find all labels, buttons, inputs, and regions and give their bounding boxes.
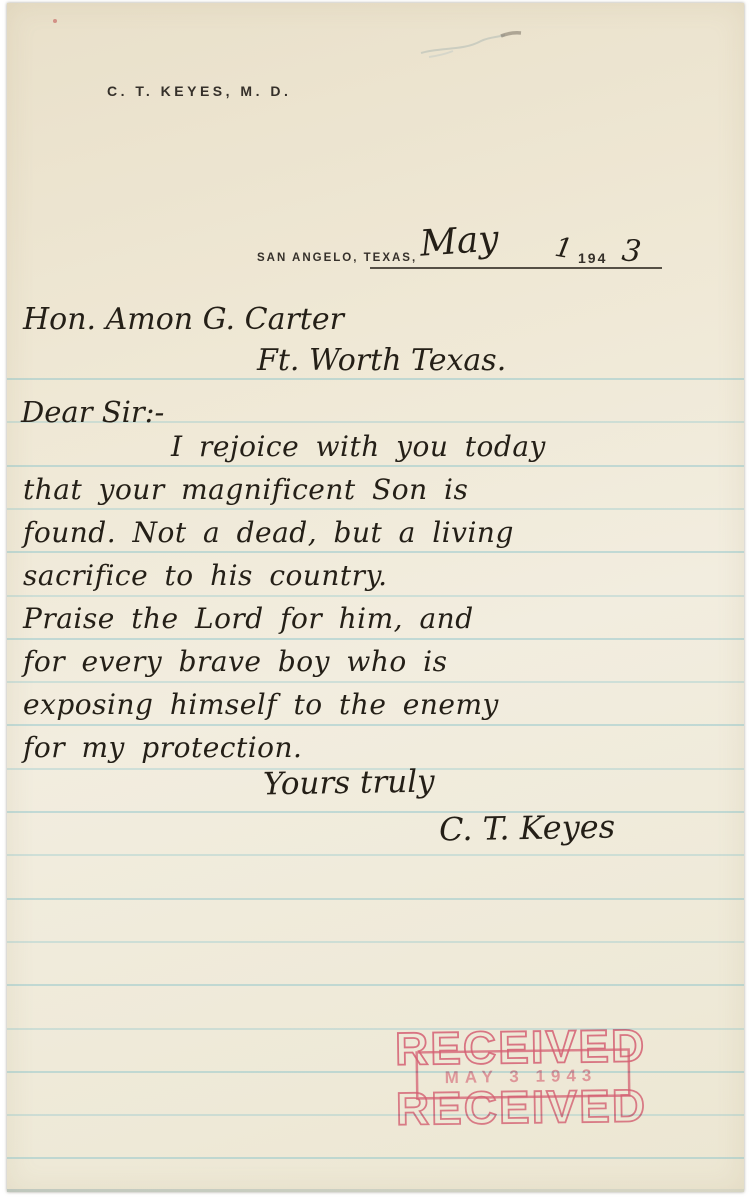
stamp-word-bottom: RECEIVED xyxy=(395,1079,647,1133)
printed-year-prefix: 194 xyxy=(578,250,607,266)
closing: Yours truly xyxy=(263,764,435,803)
pencil-smudge-artifact xyxy=(415,21,535,65)
dateline-place: SAN ANGELO, TEXAS, xyxy=(257,252,417,264)
ruled-line xyxy=(7,898,744,900)
letterhead-name: C. T. KEYES, M. D. xyxy=(107,83,291,99)
paper-bottom-edge xyxy=(7,1189,744,1192)
body-line: Praise the Lord for him, and xyxy=(23,597,735,640)
red-dot-artifact xyxy=(53,19,57,23)
handwritten-year-digit: 3 xyxy=(620,233,643,270)
letter-paper: C. T. KEYES, M. D. SAN ANGELO, TEXAS, Ma… xyxy=(7,3,744,1192)
signature: C. T. Keyes xyxy=(439,807,616,848)
ruled-line xyxy=(7,941,744,943)
scanned-letter-page: { "colors":{ "paper":"#f0e9d7", "ink":"#… xyxy=(0,0,755,1200)
body-line: exposing himself to the enemy xyxy=(23,683,735,726)
received-stamp: RECEIVED RECEIVED MAY 3 1943 xyxy=(364,1019,678,1133)
body-line: that your magnificent Son is xyxy=(23,468,735,511)
body-line: for every brave boy who is xyxy=(23,640,735,683)
body-line: found. Not a dead, but a living xyxy=(23,511,735,554)
ruled-line xyxy=(7,1157,744,1159)
ruled-line xyxy=(7,854,744,856)
dateline-rule xyxy=(370,267,662,269)
handwritten-month: May xyxy=(419,218,500,264)
recipient-name: Hon. Amon G. Carter xyxy=(23,302,344,337)
body-line: I rejoice with you today xyxy=(23,425,735,468)
body-line: sacrifice to his country. xyxy=(23,554,735,597)
ruled-line xyxy=(7,811,744,813)
ruled-line xyxy=(7,378,744,380)
recipient-city: Ft. Worth Texas. xyxy=(257,343,506,378)
letter-body: I rejoice with you today that your magni… xyxy=(23,425,735,769)
salutation: Dear Sir:- xyxy=(21,395,164,429)
stamp-date: MAY 3 1943 xyxy=(445,1066,598,1087)
ruled-line xyxy=(7,984,744,986)
body-line: for my protection. xyxy=(23,726,735,769)
